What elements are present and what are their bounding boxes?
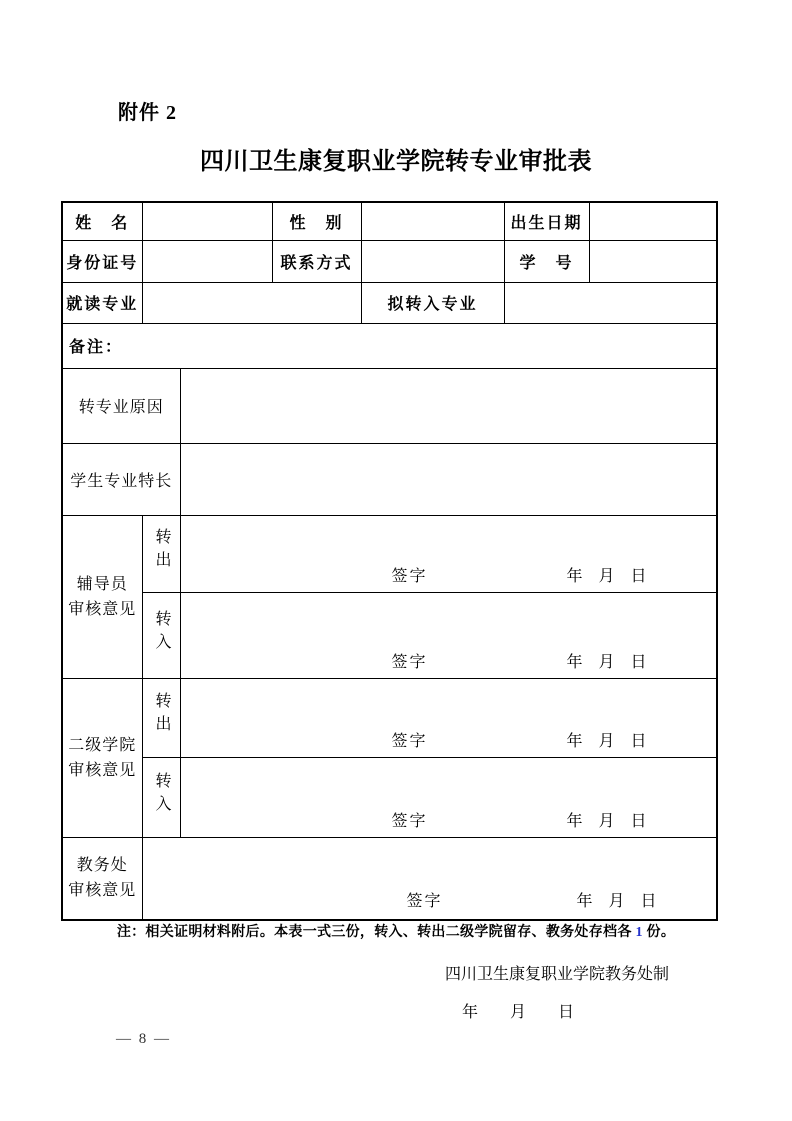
date-label: 年 月 日 (567, 563, 647, 586)
name-label: 姓 名 (62, 202, 142, 240)
student-specialty-input-area[interactable] (180, 443, 717, 515)
birth-date-input-cell[interactable] (589, 202, 717, 240)
remarks-label: 备注： (69, 339, 123, 356)
transfer-reason-input-area[interactable] (180, 368, 717, 443)
counselor-review-label-line1: 辅导员 (63, 572, 142, 597)
transfer-reason-label: 转专业原因 (62, 368, 180, 443)
table-row: 二级学院 审核意见 转出 签字 年 月 日 (62, 678, 717, 757)
contact-input-cell[interactable] (361, 240, 504, 282)
counselor-review-label-line2: 审核意见 (63, 597, 142, 622)
table-row: 转入 签字 年 月 日 (62, 757, 717, 837)
issuer-line: 四川卫生康复职业学院教务处制 (445, 961, 669, 984)
date-label: 年 月 日 (567, 649, 647, 672)
date-label: 年 月 日 (567, 728, 647, 751)
remarks-cell[interactable]: 备注： (62, 323, 717, 368)
footer-date-line: 年 月 日 (462, 999, 574, 1022)
academic-office-opinion-area[interactable]: 签字 年 月 日 (142, 837, 717, 920)
table-row: 转专业原因 (62, 368, 717, 443)
student-id-input-cell[interactable] (589, 240, 717, 282)
date-label: 年 月 日 (567, 808, 647, 831)
academic-office-label-line1: 教务处 (63, 853, 142, 878)
signature-label: 签字 (407, 888, 443, 911)
target-major-label: 拟转入专业 (361, 282, 504, 323)
academic-office-review-label: 教务处 审核意见 (62, 837, 142, 920)
student-id-label: 学 号 (504, 240, 589, 282)
college-review-label-line1: 二级学院 (63, 733, 142, 758)
footnote-suffix: 份。 (643, 925, 675, 940)
name-input-cell[interactable] (142, 202, 272, 240)
counselor-review-label: 辅导员 审核意见 (62, 515, 142, 678)
table-row: 就读专业 拟转入专业 (62, 282, 717, 323)
college-out-opinion-area[interactable]: 签字 年 月 日 (180, 678, 717, 757)
college-review-label: 二级学院 审核意见 (62, 678, 142, 837)
academic-office-label-line2: 审核意见 (63, 878, 142, 903)
current-major-label: 就读专业 (62, 282, 142, 323)
signature-label: 签字 (392, 808, 428, 831)
signature-label: 签字 (392, 563, 428, 586)
college-in-opinion-area[interactable]: 签字 年 月 日 (180, 757, 717, 837)
date-label: 年 月 日 (577, 888, 657, 911)
id-number-input-cell[interactable] (142, 240, 272, 282)
college-transfer-out-label: 转出 (142, 678, 180, 757)
gender-label: 性 别 (272, 202, 361, 240)
gender-input-cell[interactable] (361, 202, 504, 240)
id-number-label: 身份证号 (62, 240, 142, 282)
current-major-input-cell[interactable] (142, 282, 361, 323)
college-review-label-line2: 审核意见 (63, 758, 142, 783)
counselor-transfer-out-label: 转出 (142, 515, 180, 592)
target-major-input-cell[interactable] (504, 282, 717, 323)
student-specialty-label: 学生专业特长 (62, 443, 180, 515)
attachment-label: 附件 2 (118, 96, 177, 125)
table-row: 姓 名 性 别 出生日期 (62, 202, 717, 240)
table-row: 学生专业特长 (62, 443, 717, 515)
footnote-prefix: 注：相关证明材料附后。本表一式三份，转入、转出二级学院留存、教务处存档各 (117, 925, 636, 940)
document-page: 附件 2 四川卫生康复职业学院转专业审批表 姓 名 性 别 出生日期 身份证号 … (0, 0, 792, 1121)
table-row: 转入 签字 年 月 日 (62, 592, 717, 678)
table-row: 备注： (62, 323, 717, 368)
table-row: 身份证号 联系方式 学 号 (62, 240, 717, 282)
page-title: 四川卫生康复职业学院转专业审批表 (0, 141, 792, 176)
counselor-in-opinion-area[interactable]: 签字 年 月 日 (180, 592, 717, 678)
signature-label: 签字 (392, 649, 428, 672)
signature-label: 签字 (392, 728, 428, 751)
page-number: — 8 — (116, 1031, 171, 1048)
table-row: 教务处 审核意见 签字 年 月 日 (62, 837, 717, 920)
transfer-approval-form-table: 姓 名 性 别 出生日期 身份证号 联系方式 学 号 就读专业 拟转入专业 (61, 201, 718, 921)
footnote: 注：相关证明材料附后。本表一式三份，转入、转出二级学院留存、教务处存档各 1 份… (0, 921, 792, 941)
birth-date-label: 出生日期 (504, 202, 589, 240)
counselor-transfer-in-label: 转入 (142, 592, 180, 678)
table-row: 辅导员 审核意见 转出 签字 年 月 日 (62, 515, 717, 592)
college-transfer-in-label: 转入 (142, 757, 180, 837)
footnote-highlight: 1 (635, 925, 642, 940)
counselor-out-opinion-area[interactable]: 签字 年 月 日 (180, 515, 717, 592)
contact-label: 联系方式 (272, 240, 361, 282)
